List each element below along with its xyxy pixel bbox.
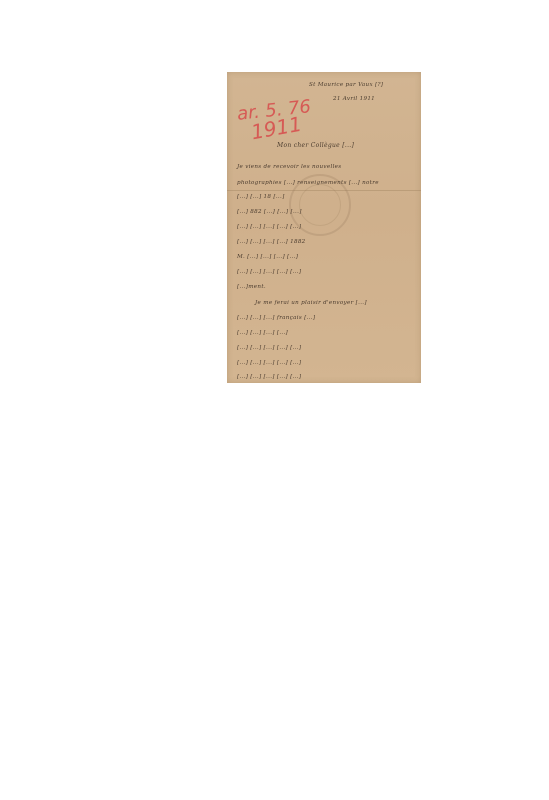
letter-body-line: M. [...] [...] [...] [...] — [237, 254, 298, 260]
letter-body-line: [...] [...] [...] [...] [...] — [237, 374, 301, 380]
letter-body-line: [...] [...] 18 [...] — [237, 194, 285, 200]
letter-body-line: [...] [...] [...] [...] [...] — [237, 269, 301, 275]
letter-place: St Maurice par Vaux [?] — [309, 82, 383, 88]
letter-body-line: [...] [...] [...] [...] 1882 — [237, 239, 306, 245]
letter-body-line: [...] [...] [...] [...] [...] — [237, 345, 301, 351]
letter-body-line: [...] [...] [...] [...] — [237, 330, 288, 336]
letter-date: 21 Avril 1911 — [333, 96, 375, 102]
letter-page: ar. 5. 76 1911 St Maurice par Vaux [?] 2… — [227, 72, 421, 383]
letter-body-line: Je me ferai un plaisir d'envoyer [...] — [255, 300, 367, 306]
letter-body-line: [...] 882 [...] [...] [...] — [237, 209, 302, 215]
letter-body-line: [...] [...] [...] [...] [...] — [237, 360, 301, 366]
letter-body-line: Je viens de recevoir les nouvelles — [237, 164, 341, 170]
letter-body-line: [...] [...] [...] français [...] — [237, 315, 315, 321]
letter-body-line: photographies [...] renseignements [...]… — [237, 180, 379, 186]
paper-fold — [227, 190, 421, 191]
letter-body-line: [...] [...] [...] [...] [...] — [237, 224, 301, 230]
letter-body-line: [...]ment. — [237, 284, 266, 290]
letter-salutation: Mon cher Collègue [...] — [277, 142, 354, 149]
